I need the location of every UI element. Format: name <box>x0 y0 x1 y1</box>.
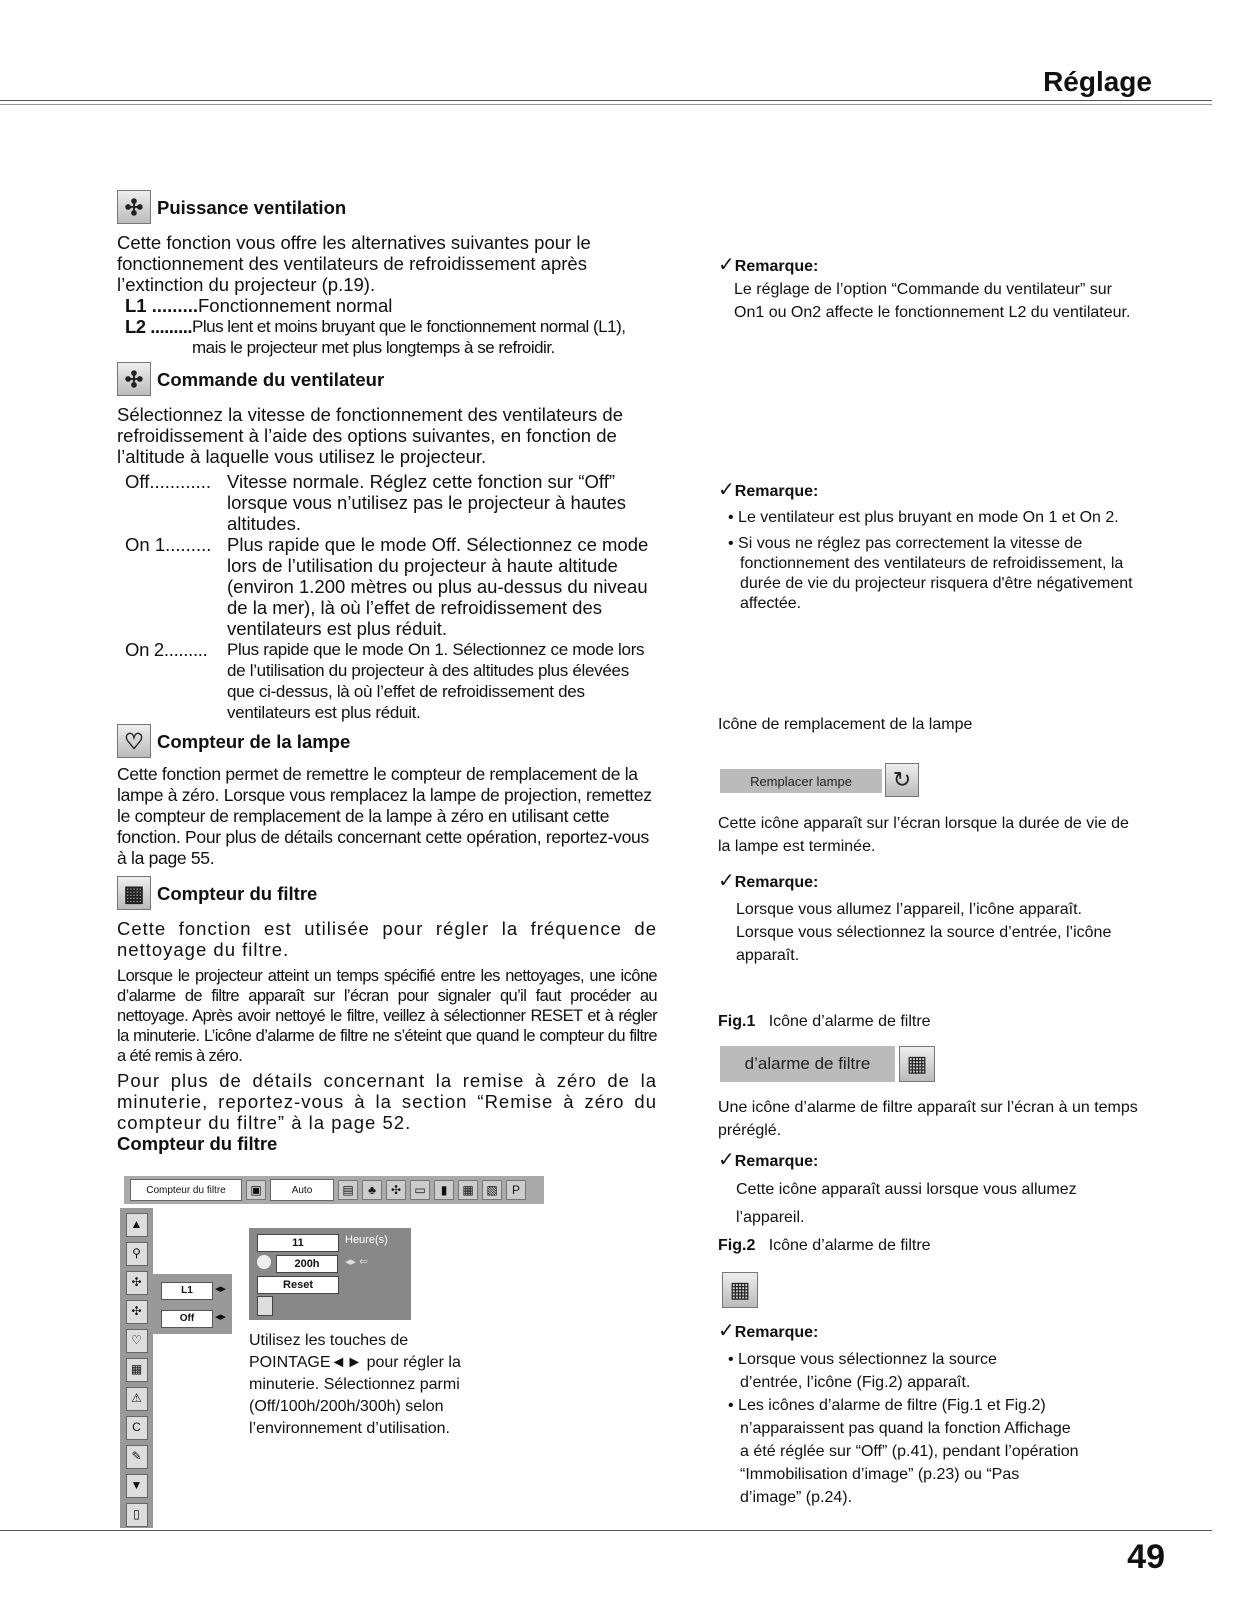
lamp-caption: Icône de remplacement de la lampe <box>718 713 1138 736</box>
section-title: ♡ Compteur de la lampe <box>117 724 657 758</box>
filter-counter-panel: 11 Heure(s) 200h ◂▸ ⇐ Reset <box>249 1228 411 1320</box>
down-arrow-icon: ▼ <box>126 1474 148 1498</box>
fan-icon: ✣ <box>126 1300 148 1324</box>
menu-icon: ▦ <box>458 1180 478 1200</box>
header-rule-secondary <box>0 104 1212 105</box>
submenu-value-2: Off <box>161 1310 213 1328</box>
footer-rule <box>0 1530 1212 1531</box>
option-on1: On 1......... Plus rapide que le mode Of… <box>117 534 657 639</box>
lamp-icon: ♡ <box>126 1329 148 1353</box>
filter-alarm-icon: ▦ <box>899 1046 935 1082</box>
option-off: Off............ Vitesse normale. Réglez … <box>117 471 657 534</box>
remark-5: ✓Remarque: • Lorsque vous sélectionnez l… <box>718 1320 1138 1509</box>
menu-icon: ✣ <box>386 1180 406 1200</box>
section-p2: Lorsque le projecteur atteint un temps s… <box>117 966 657 1066</box>
menu-icon: ▧ <box>482 1180 502 1200</box>
menu-label: Compteur du filtre <box>130 1179 242 1201</box>
figure-caption: Compteur du filtre <box>117 1133 657 1154</box>
fig1-caption: Fig.1 Icône d’alarme de filtre <box>718 1010 1138 1033</box>
figure-note: Utilisez les touches de POINTAGE◄► pour … <box>249 1330 489 1440</box>
wrench-icon: ⚲ <box>126 1242 148 1266</box>
menu-icon: ▣ <box>246 1180 266 1200</box>
counter-value: 11 <box>257 1234 339 1252</box>
fan-off-icon: ✣ <box>117 190 151 224</box>
check-icon: ✓ <box>718 870 735 892</box>
option-l1: L1 .........Fonctionnement normal <box>117 295 657 316</box>
menu-icon: P <box>506 1180 526 1200</box>
filter-icon: ▦ <box>117 876 151 910</box>
left-right-arrows-icon: ◂▸ <box>215 1282 226 1295</box>
menu-icon: ♣ <box>362 1180 382 1200</box>
timer-value: 200h <box>276 1255 338 1273</box>
fan-icon: ✣ <box>117 362 151 396</box>
section-commande-ventilateur: ✣ Commande du ventilateur Sélectionnez l… <box>117 362 657 723</box>
section-intro: Sélectionnez la vitesse de fonctionnemen… <box>117 404 657 467</box>
warning-icon: ⚠ <box>126 1387 148 1411</box>
left-right-arrows-icon: ◂▸ ⇐ <box>345 1255 368 1268</box>
section-puissance-ventilation: ✣ Puissance ventilation Cette fonction v… <box>117 190 657 358</box>
menu-icon: ▤ <box>338 1180 358 1200</box>
tools-icon: ✎ <box>126 1445 148 1469</box>
exit-icon: ▯ <box>126 1503 148 1527</box>
section-title: ✣ Commande du ventilateur <box>117 362 657 396</box>
section-p1: Cette fonction est utilisée pour régler … <box>117 918 657 960</box>
menu-icon: ▮ <box>434 1180 454 1200</box>
option-l2: L2 .........Plus lent et moins bruyant q… <box>117 316 657 358</box>
menu-value: Auto <box>270 1179 334 1201</box>
page-number: 49 <box>1127 1538 1165 1577</box>
lamp-replace-icon: ↻ <box>885 763 919 797</box>
check-icon: ✓ <box>718 1320 735 1342</box>
filter-alarm-icon: ▦ <box>722 1272 758 1308</box>
menu-icon: ▭ <box>410 1180 430 1200</box>
section-title: ▦ Compteur du filtre <box>117 876 657 910</box>
section-compteur-filtre: ▦ Compteur du filtre Cette fonction est … <box>117 876 657 1154</box>
submenu-value-1: L1 <box>161 1282 213 1300</box>
lamp-icon: ♡ <box>117 724 151 758</box>
fig1-desc: Une icône d’alarme de filtre apparaît su… <box>718 1096 1138 1142</box>
menu-top-bar: Compteur du filtre ▣ Auto ▤ ♣ ✣ ▭ ▮ ▦ ▧ … <box>124 1176 544 1204</box>
up-arrow-icon: ▲ <box>126 1213 148 1237</box>
section-title: ✣ Puissance ventilation <box>117 190 657 224</box>
section-p3: Pour plus de détails concernant la remis… <box>117 1070 657 1133</box>
section-compteur-lampe: ♡ Compteur de la lampe Cette fonction pe… <box>117 724 657 869</box>
section-intro: Cette fonction vous offre les alternativ… <box>117 232 657 295</box>
remark-4: ✓Remarque: Cette icône apparaît aussi lo… <box>718 1146 1138 1232</box>
remark-1: ✓Remarque: Le réglage de l’option “Comma… <box>718 254 1138 324</box>
page-header-title: Réglage <box>1043 66 1152 98</box>
check-icon: ✓ <box>718 254 735 276</box>
option-on2: On 2......... Plus rapide que le mode On… <box>117 639 657 723</box>
check-icon: ✓ <box>718 479 735 501</box>
unit-label: Heure(s) <box>345 1234 388 1246</box>
filter-icon: ▦ <box>126 1358 148 1382</box>
lamp-desc: Cette icône apparaît sur l’écran lorsque… <box>718 812 1138 858</box>
fan-off-icon: ✣ <box>126 1271 148 1295</box>
reset-button[interactable]: Reset <box>257 1276 339 1294</box>
filter-alarm-bar: d’alarme de filtre <box>720 1046 895 1082</box>
exit-icon <box>257 1296 273 1316</box>
remark-2: ✓Remarque: • Le ventilateur est plus bru… <box>718 480 1138 614</box>
submenu: L1 ◂▸ Off ◂▸ <box>153 1274 232 1334</box>
check-icon: ✓ <box>718 1149 735 1171</box>
fig2-caption: Fig.2 Icône d’alarme de filtre <box>718 1234 1138 1257</box>
cc-icon: C <box>126 1416 148 1440</box>
header-rule <box>0 100 1212 101</box>
clock-icon <box>257 1255 271 1269</box>
left-right-arrows-icon: ◂▸ <box>215 1310 226 1323</box>
remark-3: ✓Remarque: Lorsque vous allumez l’appare… <box>718 870 1138 967</box>
section-intro: Cette fonction permet de remettre le com… <box>117 764 657 869</box>
menu-side-bar: ▲ ⚲ ✣ ✣ ♡ ▦ ⚠ C ✎ ▼ ▯ <box>120 1208 153 1528</box>
lamp-replace-bar: Remplacer lampe <box>720 769 882 793</box>
